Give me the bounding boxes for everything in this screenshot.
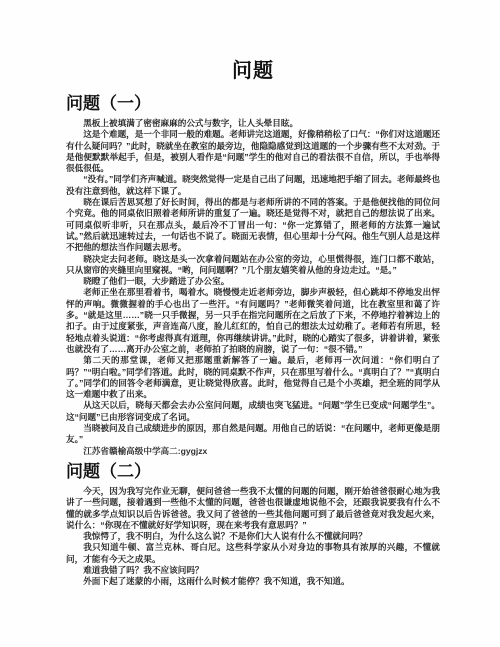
paragraph: 老师正坐在那里看着书，喝着水。晓慢慢走近老师旁边，脚步声极轻，但心跳却不停地发出… xyxy=(66,287,440,355)
paragraph: 黑板上被填满了密密麻麻的公式与数字，让人头晕目眩。 xyxy=(66,118,440,129)
paragraph: 晓决定去问老师。晓这是头一次拿着问题站在办公室的旁边，心里慌得很，连门口都不敢站… xyxy=(66,254,440,277)
author-signature: 江苏省赣榆高级中学高二:gygjzx xyxy=(66,446,440,457)
paragraph: 从这天以后，晓每天都会去办公室问问题，成绩也突飞猛进。“问题”学生已变成“问题学… xyxy=(66,400,440,423)
paragraph: 今天，因为我写完作业无聊，便问爸爸一些我不太懂的问题的问题，刚开始爸爸很耐心地为… xyxy=(66,486,440,531)
paragraph: 第二天的那堂课，老师又把那题重新解答了一遍。最后，老师再一次问道：“你们明白了吗… xyxy=(66,355,440,400)
paragraph: 晓在课后苦思冥想了好长时间，得出的都是与老师所讲的不同的答案。于是他便找他的同位… xyxy=(66,197,440,253)
page-title: 问题 xyxy=(66,56,440,86)
section-one-heading: 问题（一） xyxy=(66,94,440,114)
section-two-body: 今天，因为我写完作业无聊，便问爸爸一些我不太懂的问题的问题，刚开始爸爸很耐心地为… xyxy=(66,486,440,588)
section-two: 问题（二） 今天，因为我写完作业无聊，便问爸爸一些我不太懂的问题的问题，刚开始爸… xyxy=(66,462,440,588)
paragraph: 这是个难题，是一个非同一般的难题。老师讲完这道题，好像稍稍松了口气：“你们对这道… xyxy=(66,129,440,174)
paragraph: 我只知道牛顿、富兰克林、哥白尼。这些科学家从小对身边的事物具有浓厚的兴趣，不懂就… xyxy=(66,542,440,565)
paragraph: 难道我错了吗？我不应该问吗？ xyxy=(66,565,440,576)
section-one-body: 黑板上被填满了密密麻麻的公式与数字，让人头晕目眩。 这是个难题，是一个非同一般的… xyxy=(66,118,440,457)
paragraph: “没有。”同学们齐声喊道。晓突然觉得一定是自己出了问题，迅速地把手缩了回去。老师… xyxy=(66,174,440,197)
paragraph: 我惊愕了，我不明白，为什么这么说？不是你们大人说有什么不懂就问吗？ xyxy=(66,531,440,542)
section-two-heading: 问题（二） xyxy=(66,462,440,482)
paragraph: 晓瞪了他们一眼，大步踏进了办公室。 xyxy=(66,276,440,287)
essay-page: 问题 问题（一） 黑板上被填满了密密麻麻的公式与数字，让人头晕目眩。 这是个难题… xyxy=(0,0,500,647)
section-one: 问题（一） 黑板上被填满了密密麻麻的公式与数字，让人头晕目眩。 这是个难题，是一… xyxy=(66,94,440,457)
paragraph: 当晓被问及自己成绩进步的原因，那自然是问题。用他自己的话说：“在问题中，老师更像… xyxy=(66,423,440,446)
paragraph: 外面下起了迷蒙的小雨，这雨什么时候才能停？我不知道，我不知道。 xyxy=(66,576,440,587)
